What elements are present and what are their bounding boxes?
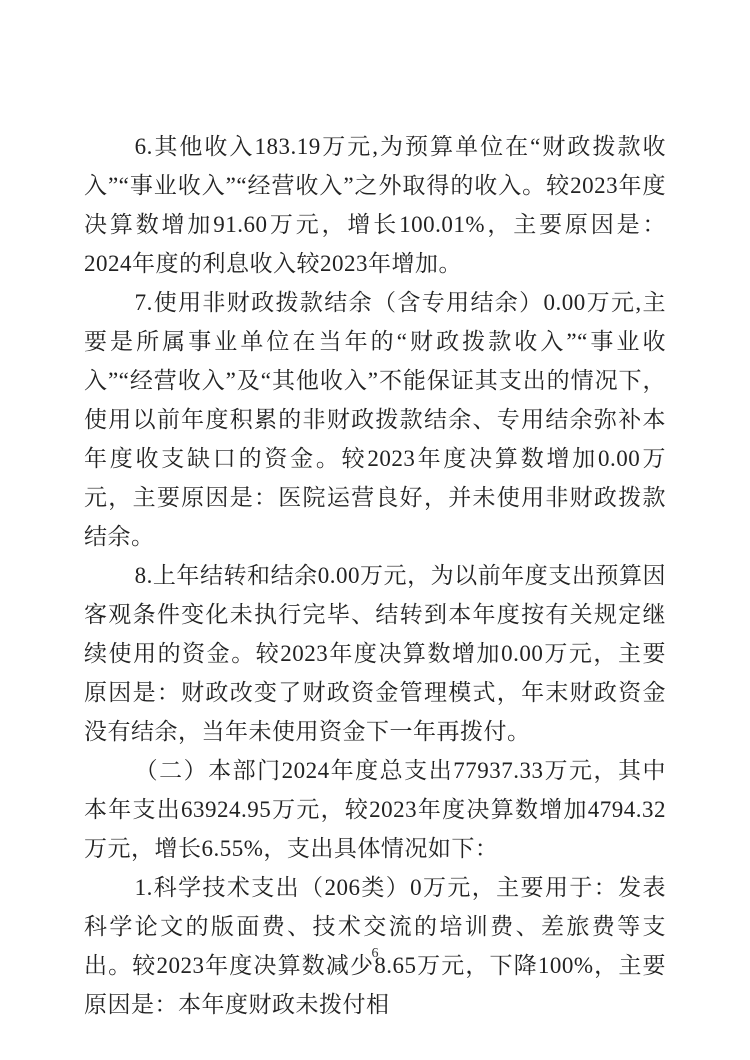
paragraph-total-expenditure-summary: （二）本部门2024年度总支出77937.33万元，其中本年支出63924.95… (84, 751, 666, 868)
paragraph-non-fiscal-appropriation-balance: 7.使用非财政拨款结余（含专用结余）0.00万元,主要是所属事业单位在当年的“财… (84, 283, 666, 556)
paragraph-other-income: 6.其他收入183.19万元,为预算单位在“财政拨款收入”“事业收入”“经营收入… (84, 127, 666, 283)
body-text: 6.其他收入183.19万元,为预算单位在“财政拨款收入”“事业收入”“经营收入… (84, 127, 666, 1024)
page-number: 6 (0, 946, 750, 962)
document-page: 6.其他收入183.19万元,为预算单位在“财政拨款收入”“事业收入”“经营收入… (0, 0, 750, 1060)
paragraph-prior-year-carryover: 8.上年结转和结余0.00万元，为以前年度支出预算因客观条件变化未执行完毕、结转… (84, 556, 666, 751)
